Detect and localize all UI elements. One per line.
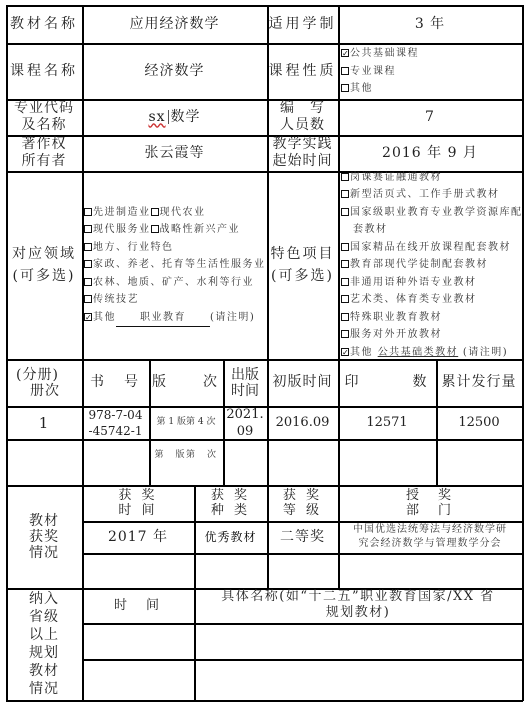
checkbox-icon[interactable] [341, 84, 349, 92]
course-nature-option[interactable]: 公共基础课程 [341, 45, 521, 63]
checkbox-checked-icon[interactable] [341, 49, 349, 57]
course-nature-options: 公共基础课程 专业课程 其他 [341, 44, 521, 99]
pubdate-header: 出版 时间 [223, 359, 267, 406]
edition-cell[interactable]: 第 1 版第 4 次 [149, 406, 223, 439]
checkbox-icon[interactable] [341, 190, 349, 198]
features-label: 特色项目 (可多选) [267, 171, 338, 359]
planning-time-cell[interactable] [82, 659, 194, 700]
course-nature-option[interactable]: 专业课程 [341, 63, 521, 81]
course-name-value[interactable]: 经济数学 [82, 43, 267, 99]
practice-start-value[interactable]: 2016 年 9 月 [338, 135, 522, 171]
isbn-header: 书 号 [82, 359, 149, 406]
border-right [522, 5, 524, 701]
feature-option[interactable]: 特殊职业教育教材 [341, 309, 522, 327]
fields-label: 对应领域 (可多选) [6, 171, 82, 359]
feature-option[interactable]: 新型活页式、工作手册式教材 [341, 186, 522, 204]
checkbox-icon[interactable] [151, 225, 159, 233]
major-value[interactable]: sx数学 [82, 99, 267, 135]
total-circulation-cell[interactable]: 12500 [436, 406, 522, 439]
award-type-header: 获 奖 种 类 [194, 485, 267, 521]
total-circulation-cell[interactable] [436, 439, 522, 485]
edition-cell[interactable]: 第 版第 次 [149, 439, 223, 472]
planning-time-cell[interactable] [82, 623, 194, 659]
checkbox-icon[interactable] [151, 208, 159, 216]
features-options: 岗课赛证融通教材 新型活页式、工作手册式教材 国家级职业教育专业教学资源库配 套… [341, 171, 522, 359]
award-time-cell[interactable]: 2017 年 [82, 521, 194, 553]
planning-name-cell[interactable] [194, 659, 522, 700]
checkbox-icon[interactable] [341, 295, 349, 303]
field-option[interactable]: 家政、养老、托育等生活性服务业 [84, 256, 267, 274]
field-other-input[interactable]: 职业教育 [116, 309, 210, 328]
feature-option[interactable]: 国家级职业教育专业教学资源库配 [341, 204, 522, 222]
feature-option[interactable]: 岗课赛证融通教材 [341, 169, 522, 187]
checkbox-icon[interactable] [341, 313, 349, 321]
field-option[interactable]: 地方、行业特色 [84, 239, 267, 257]
edition-header: 版 次 [149, 359, 223, 406]
checkbox-icon[interactable] [341, 243, 349, 251]
planning-label: 纳入 省级 以上 规划 教材 情况 [6, 588, 82, 700]
course-nature-label: 课程性质 [267, 43, 338, 99]
authors-count-value[interactable]: 7 [338, 99, 522, 135]
award-level-cell[interactable]: 二等奖 [267, 521, 338, 553]
checkbox-checked-icon[interactable] [84, 313, 92, 321]
first-edition-cell[interactable]: 2016.09 [267, 406, 338, 439]
fields-options: 先进制造业现代农业 现代服务业战略性新兴产业 地方、行业特色 家政、养老、托育等… [84, 172, 267, 359]
checkbox-icon[interactable] [84, 225, 92, 233]
award-level-cell[interactable] [267, 553, 338, 588]
course-nature-option[interactable]: 其他 [341, 80, 521, 98]
authors-count-label: 编 写 人员数 [267, 99, 338, 135]
award-dept-cell[interactable] [338, 553, 522, 588]
planning-time-header: 时 间 [82, 588, 194, 623]
planning-name-cell[interactable] [194, 623, 522, 659]
checkbox-icon[interactable] [84, 243, 92, 251]
copyright-owner-value[interactable]: 张云霞等 [82, 135, 267, 171]
feature-option[interactable]: 服务对外开放教材 [341, 326, 522, 344]
checkbox-icon[interactable] [341, 173, 349, 181]
planning-name-header: 具体名称(如“十二五”职业教育国家/XX 省 规划教材) [194, 588, 522, 623]
award-type-cell[interactable]: 优秀教材 [194, 521, 267, 553]
school-system-label: 适用学制 [267, 5, 338, 43]
print-count-header: 印 数 [338, 359, 436, 406]
field-option[interactable]: 先进制造业 [84, 207, 151, 218]
pubdate-cell[interactable]: 2021. 09 [223, 406, 267, 439]
checkbox-icon[interactable] [341, 278, 349, 286]
award-type-cell[interactable] [194, 553, 267, 588]
field-option[interactable]: 农林、地质、矿产、水利等行业 [84, 274, 267, 292]
checkbox-icon[interactable] [84, 278, 92, 286]
feature-option[interactable]: 非通用语种外语专业教材 [341, 274, 522, 292]
text-cursor [168, 110, 169, 124]
print-count-cell[interactable] [338, 439, 436, 485]
award-time-cell[interactable] [82, 553, 194, 588]
field-option[interactable]: 现代农业 [151, 207, 206, 218]
volume-cell[interactable] [6, 439, 82, 485]
feature-option[interactable]: 艺术类、体育类专业教材 [341, 291, 522, 309]
field-option-other[interactable]: 其他职业教育(请注明) [84, 309, 267, 328]
awards-label: 教材 获奖 情况 [6, 485, 82, 588]
border-bottom [6, 700, 523, 702]
checkbox-icon[interactable] [84, 260, 92, 268]
award-dept-header: 授 奖 部 门 [338, 485, 522, 521]
feature-option[interactable]: 国家精品在线开放课程配套教材 [341, 239, 522, 257]
course-name-label: 课程名称 [6, 43, 82, 99]
award-time-header: 获 奖 时 间 [82, 485, 194, 521]
checkbox-icon[interactable] [341, 330, 349, 338]
feature-other-input[interactable]: 公共基础类教材 [378, 347, 459, 358]
copyright-owner-label: 著作权 所有者 [6, 135, 82, 171]
practice-start-label: 教学实践 起始时间 [267, 135, 338, 171]
checkbox-icon[interactable] [341, 208, 349, 216]
print-count-cell[interactable]: 12571 [338, 406, 436, 439]
isbn-cell[interactable]: 978-7-04 -45742-1 [82, 406, 149, 439]
feature-option[interactable]: 教育部现代学徒制配套教材 [341, 256, 522, 274]
checkbox-icon[interactable] [84, 208, 92, 216]
major-label: 专业代码 及名称 [6, 99, 82, 135]
pubdate-cell[interactable] [223, 439, 267, 485]
checkbox-icon[interactable] [341, 67, 349, 75]
award-dept-cell[interactable]: 中国优选法统筹法与经济数学研 究会经济数学与管理数学分会 [338, 521, 522, 553]
textbook-name-label: 教材名称 [6, 5, 82, 43]
field-option[interactable]: 现代服务业 [84, 224, 151, 235]
checkbox-checked-icon[interactable] [341, 348, 349, 356]
first-edition-cell[interactable] [267, 439, 338, 485]
volume-cell[interactable]: 1 [6, 406, 82, 439]
field-option[interactable]: 传统技艺 [84, 291, 267, 309]
textbook-name-value[interactable]: 应用经济数学 [82, 5, 267, 43]
first-edition-header: 初版时间 [267, 359, 338, 406]
school-system-value[interactable]: 3 年 [338, 5, 522, 43]
checkbox-icon[interactable] [84, 295, 92, 303]
major-name: 数学 [171, 109, 201, 126]
total-circulation-header: 累计发行量 [436, 359, 522, 406]
field-option[interactable]: 战略性新兴产业 [151, 224, 241, 235]
isbn-cell[interactable] [82, 439, 149, 485]
award-level-header: 获 奖 等 级 [267, 485, 338, 521]
checkbox-icon[interactable] [341, 260, 349, 268]
major-code: sx [148, 109, 165, 126]
volume-header: (分册) 册次 [6, 359, 82, 406]
